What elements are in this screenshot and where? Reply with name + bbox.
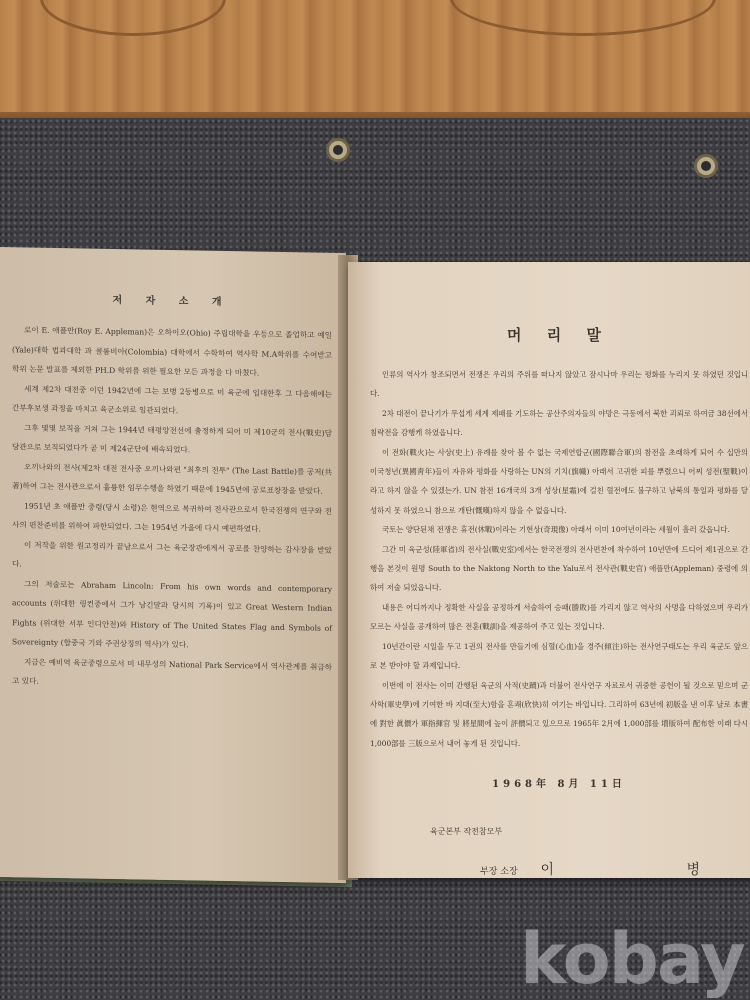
signer-organization: 육군본부 작전참모부 bbox=[430, 826, 748, 837]
right-page: 머 리 말 인류의 역사가 창조되면서 전쟁은 우리의 주위를 떠나지 않았고 … bbox=[348, 262, 750, 878]
paragraph: 2차 대전이 끝나기가 무섭게 세계 제패를 기도하는 공산주의자들의 야망은 … bbox=[370, 404, 748, 443]
case-hole bbox=[450, 0, 716, 36]
case-hole bbox=[40, 0, 226, 36]
paragraph: 이 저작을 위한 원고정리가 끝남으로서 그는 육군장관에게서 공로를 찬양하는… bbox=[12, 535, 332, 580]
paragraph: 세계 제2차 대전중 이던 1942년에 그는 보병 2등병으로 미 육군에 입… bbox=[12, 379, 332, 424]
signer-name: 이 병 형 bbox=[541, 862, 750, 878]
paragraph: 그의 저술로는 Abraham Lincoln: From his own wo… bbox=[12, 574, 332, 658]
paragraph: 국토는 양단된채 전쟁은 휴전(休戰)이라는 기현상(奇現像) 아래서 이미 1… bbox=[370, 520, 748, 539]
paragraph: 이번에 이 전사는 이미 간행된 육군의 사적(史蹟)과 더불어 전사연구 자료… bbox=[370, 676, 748, 754]
signer: 부장 소장 이 병 형 bbox=[480, 859, 748, 879]
paragraph: 오끼나와의 전사(제2차 대전 전사중 오끼나와편 "최후의 전투" (The … bbox=[12, 457, 332, 502]
left-page: 저 자 소 개 로이 E. 애플만(Roy E. Appleman)은 오하이오… bbox=[0, 247, 346, 883]
paragraph: 그후 몇몇 보직을 거쳐 그는 1944년 태평양전선에 출정하게 되어 미 제… bbox=[12, 418, 332, 463]
wooden-case-frame bbox=[0, 0, 750, 130]
paragraph: 지금은 예비역 육군중령으로서 미 내무성의 National Park Ser… bbox=[12, 652, 332, 697]
watermark-logo: kobay bbox=[520, 918, 744, 1000]
grommet bbox=[326, 138, 350, 162]
paragraph: 10년간이란 시일을 두고 1권의 전사를 만들기에 심혈(心血)을 경주(傾注… bbox=[370, 637, 748, 676]
preface-date: 1968年 8月 11日 bbox=[370, 775, 748, 790]
grommet bbox=[694, 154, 718, 178]
paragraph: 그간 미 육군성(陸軍省)의 전사실(戰史室)에서는 한국전쟁의 전사편찬에 착… bbox=[370, 540, 748, 598]
paragraph: 이 전화(戰火)는 사상(史上) 유례를 찾아 볼 수 없는 국제연합군(國際聯… bbox=[370, 443, 748, 521]
signer-title: 부장 소장 bbox=[480, 867, 518, 877]
paragraph: 내용은 어디까지나 정확한 사실을 공정하게 서술하여 승패(勝敗)를 가리지 … bbox=[370, 598, 748, 637]
paragraph: 인류의 역사가 창조되면서 전쟁은 우리의 주위를 떠나지 않았고 잠시나마 우… bbox=[370, 365, 748, 404]
paragraph: 로이 E. 애플만(Roy E. Appleman)은 오하이오(Ohio) 주… bbox=[12, 320, 332, 384]
paragraph: 1951년 초 애플만 중령(당시 소령)은 현역으로 복귀하여 전사관으로서 … bbox=[12, 496, 332, 541]
left-page-title: 저 자 소 개 bbox=[12, 289, 332, 310]
right-page-title: 머 리 말 bbox=[370, 324, 748, 345]
